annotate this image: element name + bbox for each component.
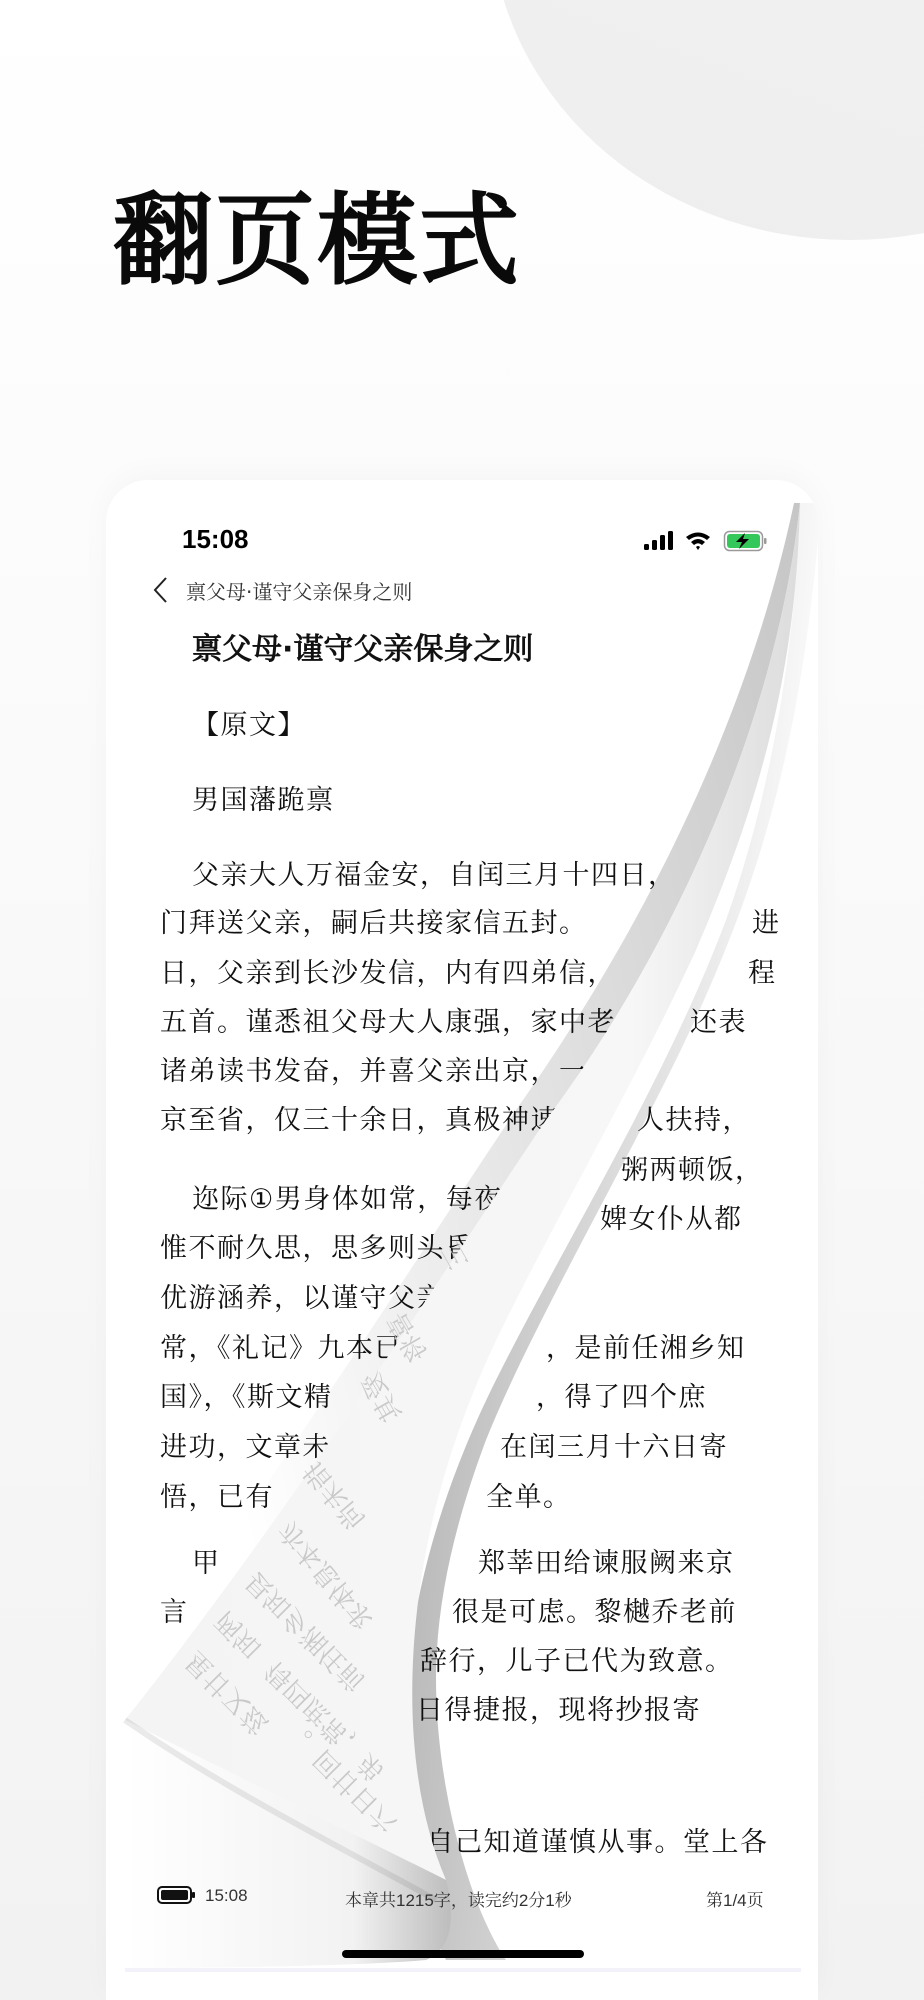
body-line: 甲 bbox=[192, 1547, 221, 1581]
body-line-right: 粥两顿饭， bbox=[621, 1154, 764, 1188]
body-line: 进功，文章未 bbox=[160, 1431, 331, 1465]
body-line: 迩际①男身体如常，每夜早 bbox=[192, 1183, 531, 1217]
divider bbox=[125, 1968, 801, 1972]
svg-text:两知: 两知 bbox=[210, 1605, 268, 1663]
battery-charging-icon bbox=[725, 532, 767, 551]
chapter-word-count: 本章共1215字，读完约2分1秒 bbox=[345, 1886, 572, 1911]
wifi-icon bbox=[686, 533, 710, 551]
body-line: 惟不耐久思，思多则头昏 bbox=[160, 1232, 474, 1266]
body-line: 五首。谨悉祖父母大人康强，家中老幼 bbox=[160, 1006, 645, 1040]
body-line: 门拜送父亲，嗣后共接家信五封。 bbox=[160, 907, 588, 941]
svg-text:得四庶常，弟: 得四庶常，弟 bbox=[260, 1655, 392, 1787]
curl-back-text: 三 喜将 爱其 指未尚 亦本息体求 县知乡湘任前 两知 得四庶常，弟 星廿又兹 … bbox=[180, 1237, 475, 1839]
body-line-right: 很是可虑。黎樾乔老前 bbox=[452, 1596, 737, 1630]
chevron-left-icon bbox=[150, 575, 172, 605]
body-line: 国》，《斯文精 bbox=[160, 1381, 333, 1415]
svg-text:星廿又兹: 星廿又兹 bbox=[180, 1645, 275, 1740]
body-line: 悟，已有 bbox=[160, 1481, 274, 1515]
body-line: 常，《礼记》九本已 bbox=[160, 1332, 403, 1366]
body-line: 见 bbox=[160, 1778, 189, 1812]
body-line: 父亲大人万福金安，自闰三月十四日， bbox=[192, 859, 677, 893]
page-indicator: 第1/4页 bbox=[706, 1886, 764, 1911]
phone-reader-card: 15:08 禀父母·谨守父亲保 bbox=[106, 480, 818, 2000]
body-line-right: 全单。 bbox=[486, 1481, 572, 1515]
body-line-right: 辞行，儿子已代为致意。 bbox=[420, 1645, 734, 1679]
back-button[interactable]: 禀父母·谨守父亲保身之则 bbox=[150, 575, 412, 605]
svg-text:爱其: 爱其 bbox=[356, 1367, 409, 1429]
body-line-right: 人扶持， bbox=[637, 1104, 751, 1138]
signal-icon bbox=[644, 531, 673, 550]
body-line: 【原文】 bbox=[192, 709, 306, 743]
body-line: 男国藩跪禀 bbox=[192, 784, 335, 818]
body-line: 优游涵养，以谨守父亲 bbox=[160, 1282, 445, 1316]
body-line-right: ，自己知道谨慎从事。堂上各 bbox=[398, 1826, 769, 1860]
body-line: 言 bbox=[160, 1596, 189, 1630]
body-line-right: 还表 bbox=[690, 1006, 747, 1040]
footer-time: 15:08 bbox=[205, 1886, 248, 1906]
status-bar-icons bbox=[644, 530, 774, 552]
body-line: 日，父亲到长沙发信，内有四弟信， bbox=[160, 957, 616, 991]
body-line: 诸弟读书发奋，并喜父亲出京，一路 bbox=[160, 1055, 616, 1089]
chapter-title: 禀父母·谨守父亲保身之则 bbox=[192, 624, 533, 668]
body-line-right: 在闰三月十六日寄 bbox=[500, 1431, 728, 1465]
body-line-right: 郑莘田给谏服阙来京 bbox=[478, 1547, 735, 1581]
body-line-right: ，是前任湘乡知 bbox=[546, 1332, 746, 1366]
nav-subtitle: 禀父母·谨守父亲保身之则 bbox=[186, 576, 412, 605]
body-line-right: 日得捷报，现将抄报寄 bbox=[416, 1694, 701, 1728]
body-line: 京至省，仅三十余日，真极神速。 bbox=[160, 1104, 588, 1138]
svg-text:县知乡湘任前: 县知乡湘任前 bbox=[240, 1565, 372, 1697]
home-indicator[interactable] bbox=[342, 1950, 584, 1958]
promo-title: 翻页模式 bbox=[113, 186, 521, 296]
svg-text:。回廿日六: 。回廿日六 bbox=[290, 1725, 404, 1839]
body-line-right: 婢女仆从都 bbox=[600, 1203, 743, 1237]
body-line: 县，复 bbox=[160, 1826, 246, 1860]
background-decoration-circle bbox=[490, 0, 924, 240]
footer-battery-icon bbox=[157, 1886, 197, 1908]
status-bar-time: 15:08 bbox=[182, 524, 249, 555]
svg-text:亦本息体求: 亦本息体求 bbox=[273, 1516, 380, 1635]
body-line-right: ，得了四个庶 bbox=[536, 1381, 707, 1415]
body-line-right: 程 bbox=[748, 957, 777, 991]
body-line-right: 进 bbox=[752, 907, 781, 941]
svg-text:指未尚: 指未尚 bbox=[298, 1456, 371, 1535]
